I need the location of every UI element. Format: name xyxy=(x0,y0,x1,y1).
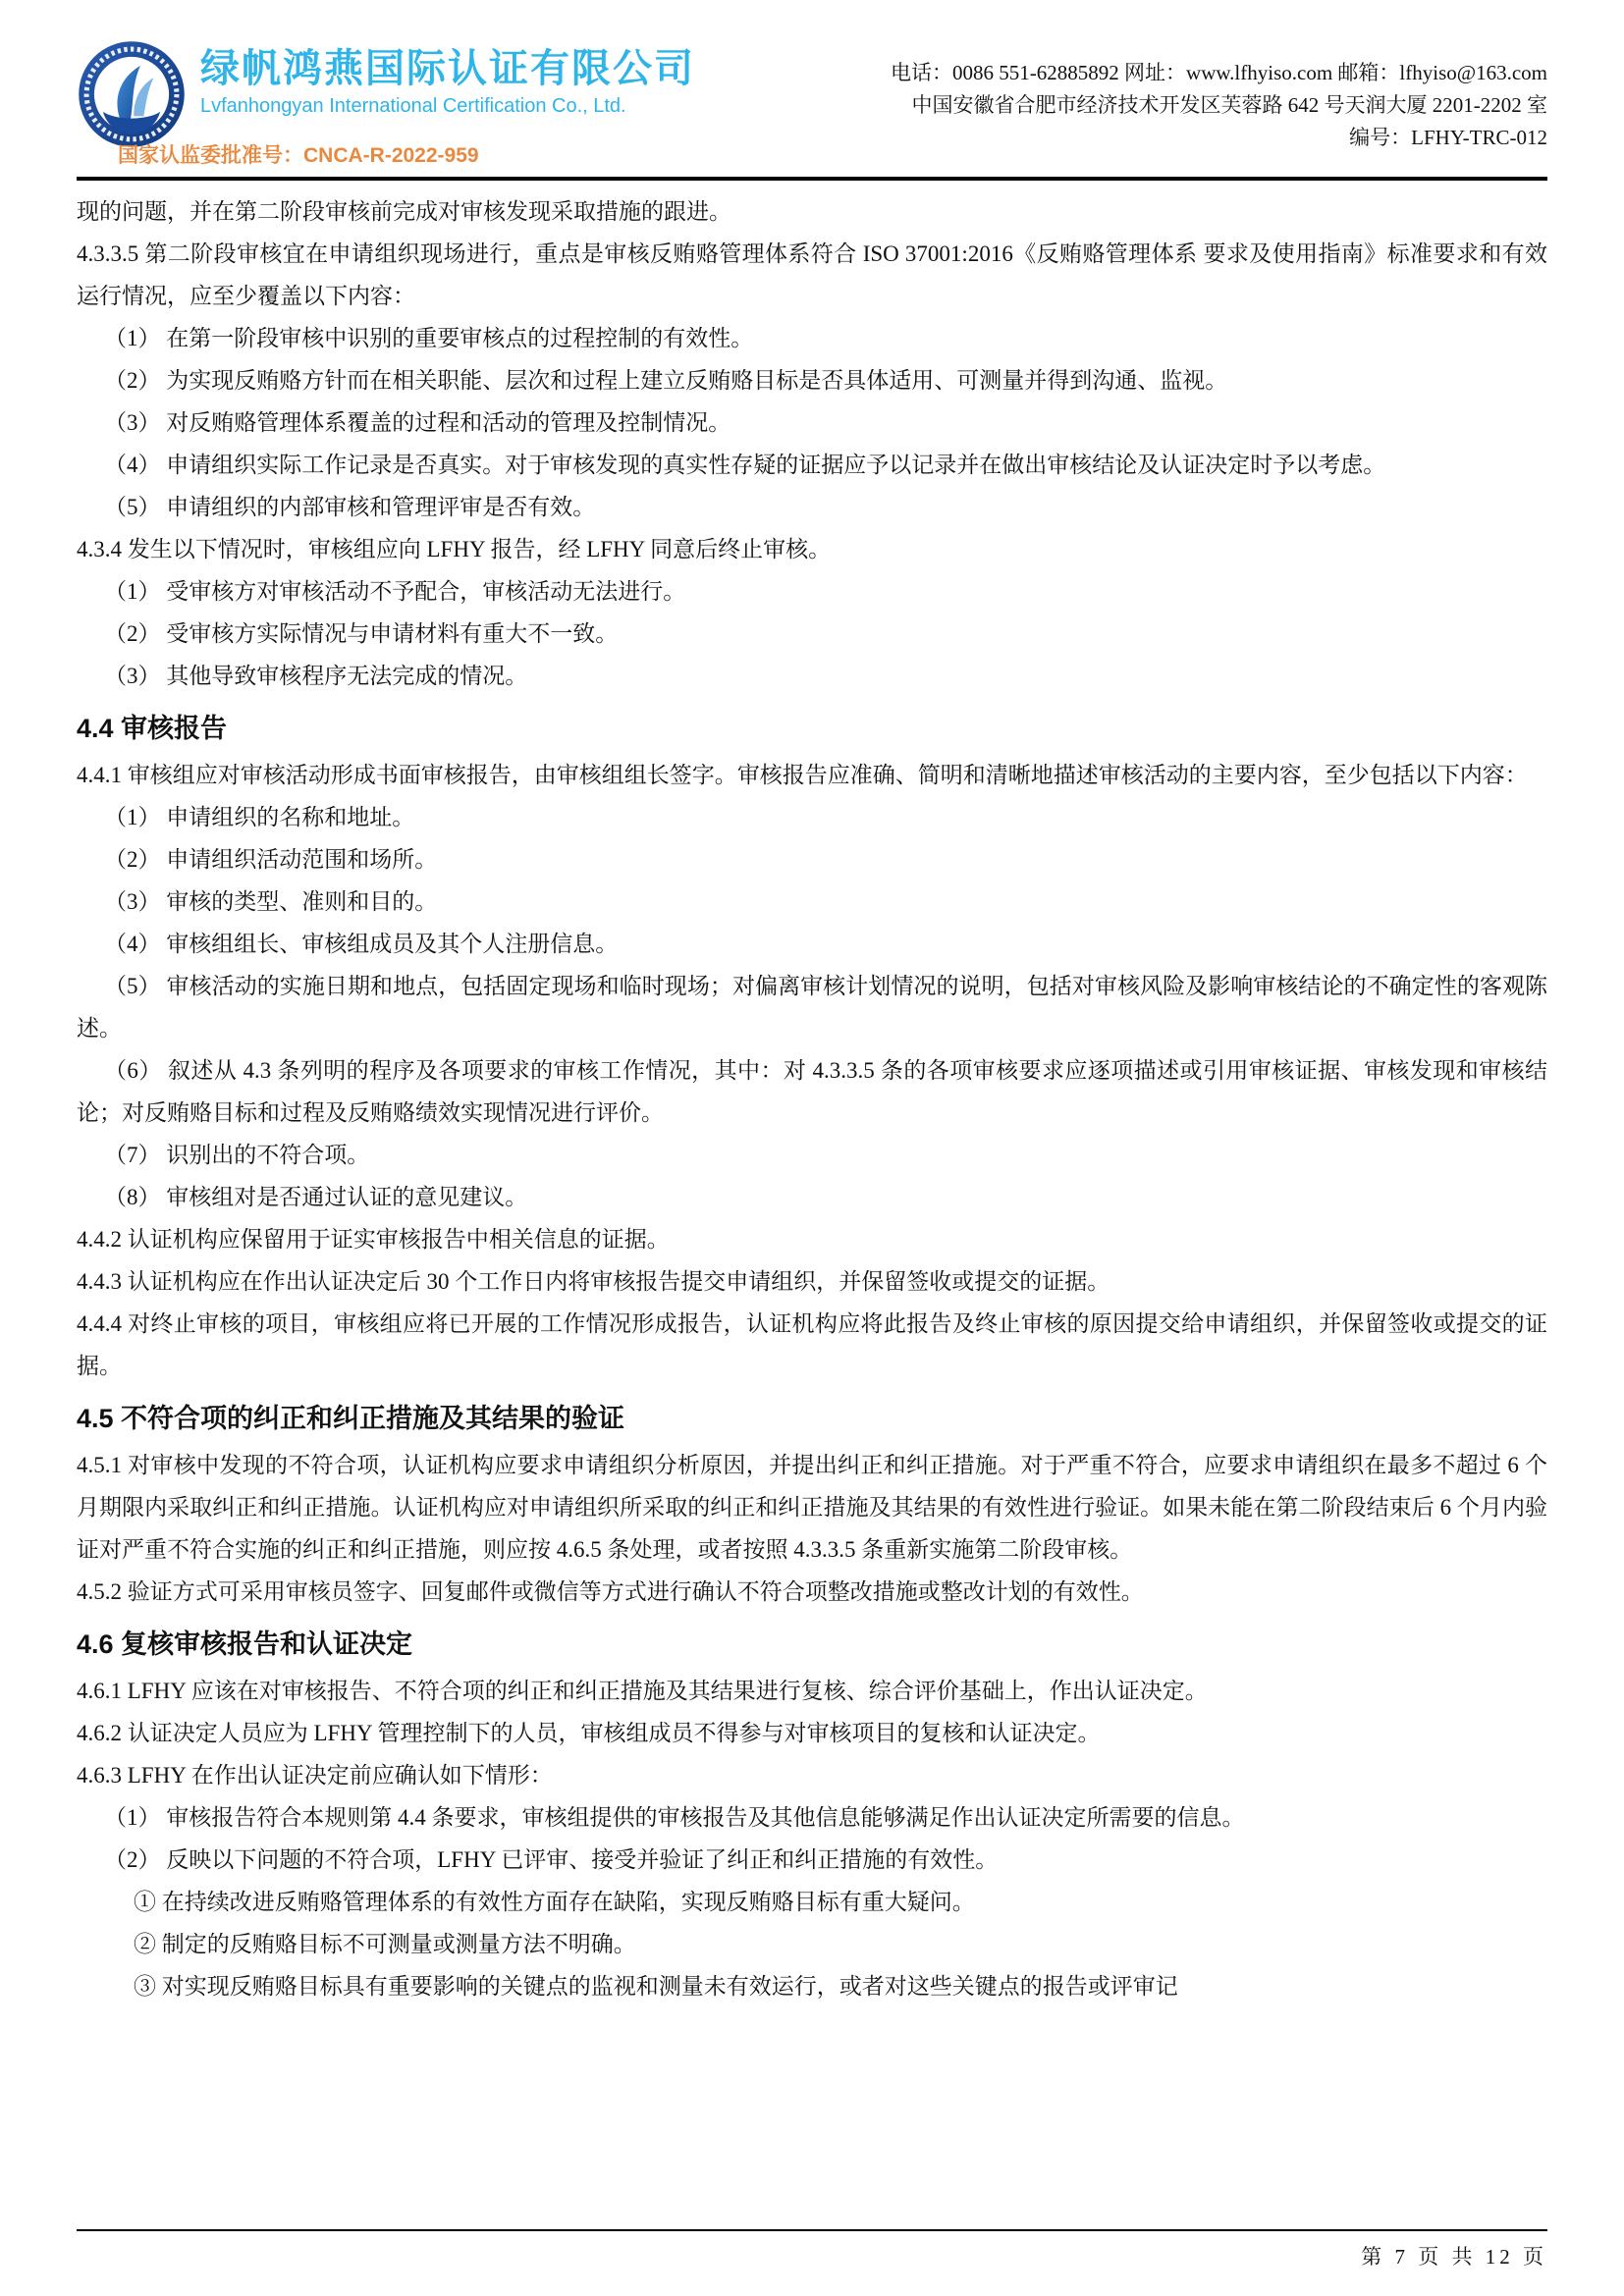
paragraph: 4.3.3.5 第二阶段审核宜在申请组织现场进行，重点是审核反贿赂管理体系符合 … xyxy=(77,233,1547,317)
paragraph: （5） 审核活动的实施日期和地点，包括固定现场和临时现场；对偏离审核计划情况的说… xyxy=(77,965,1547,1049)
paragraph: 4.4.3 认证机构应在作出认证决定后 30 个工作日内将审核报告提交申请组织，… xyxy=(77,1260,1547,1303)
document-body: 现的问题，并在第二阶段审核前完成对审核发现采取措施的跟进。4.3.3.5 第二阶… xyxy=(77,190,1547,2007)
paragraph: （3） 其他导致审核程序无法完成的情况。 xyxy=(77,655,1547,697)
paragraph: （7） 识别出的不符合项。 xyxy=(77,1134,1547,1176)
paragraph: （1） 申请组织的名称和地址。 xyxy=(77,796,1547,838)
page-footer: 第 7 页 共 12 页 xyxy=(77,2229,1547,2270)
paragraph: 4.5.1 对审核中发现的不符合项，认证机构应要求申请组织分析原因，并提出纠正和… xyxy=(77,1444,1547,1571)
section-heading: 4.6 复核审核报告和认证决定 xyxy=(77,1621,1547,1668)
paragraph: 4.4.2 认证机构应保留用于证实审核报告中相关信息的证据。 xyxy=(77,1218,1547,1260)
paragraph: 现的问题，并在第二阶段审核前完成对审核发现采取措施的跟进。 xyxy=(77,190,1547,233)
paragraph: ① 在持续改进反贿赂管理体系的有效性方面存在缺陷，实现反贿赂目标有重大疑问。 xyxy=(77,1881,1547,1923)
letterhead: 绿帆鸿燕国际认证有限公司 Lvfanhongyan International … xyxy=(77,39,1547,171)
page-number: 第 7 页 共 12 页 xyxy=(1361,2245,1547,2269)
paragraph: 4.4.4 对终止审核的项目，审核组应将已开展的工作情况形成报告，认证机构应将此… xyxy=(77,1303,1547,1387)
paragraph: （3） 审核的类型、准则和目的。 xyxy=(77,881,1547,923)
paragraph: 4.4.1 审核组应对审核活动形成书面审核报告，由审核组组长签字。审核报告应准确… xyxy=(77,754,1547,796)
document-page: 绿帆鸿燕国际认证有限公司 Lvfanhongyan International … xyxy=(0,0,1624,2296)
letterhead-contact: 电话：0086 551-62885892 网址：www.lfhyiso.com … xyxy=(891,39,1547,154)
approval-number: 国家认监委批准号：CNCA-R-2022-959 xyxy=(77,141,695,171)
paragraph: （8） 审核组对是否通过认证的意见建议。 xyxy=(77,1176,1547,1218)
paragraph: 4.6.3 LFHY 在作出认证决定前应确认如下情形： xyxy=(77,1754,1547,1796)
paragraph: （2） 为实现反贿赂方针而在相关职能、层次和过程上建立反贿赂目标是否具体适用、可… xyxy=(77,359,1547,401)
doc-number: 编号：LFHY-TRC-012 xyxy=(891,122,1547,154)
paragraph: ② 制定的反贿赂目标不可测量或测量方法不明确。 xyxy=(77,1923,1547,1965)
paragraph: 4.3.4 发生以下情况时，审核组应向 LFHY 报告，经 LFHY 同意后终止… xyxy=(77,528,1547,570)
paragraph: （4） 审核组组长、审核组成员及其个人注册信息。 xyxy=(77,923,1547,965)
paragraph: （2） 申请组织活动范围和场所。 xyxy=(77,838,1547,881)
paragraph: 4.6.1 LFHY 应该在对审核报告、不符合项的纠正和纠正措施及其结果进行复核… xyxy=(77,1670,1547,1712)
paragraph: （5） 申请组织的内部审核和管理评审是否有效。 xyxy=(77,486,1547,528)
company-name-zh: 绿帆鸿燕国际认证有限公司 xyxy=(200,45,695,92)
company-logo-icon xyxy=(77,39,187,149)
company-name-en: Lvfanhongyan International Certification… xyxy=(200,92,695,120)
paragraph: （2） 受审核方实际情况与申请材料有重大不一致。 xyxy=(77,613,1547,655)
paragraph: （2） 反映以下问题的不符合项，LFHY 已评审、接受并验证了纠正和纠正措施的有… xyxy=(77,1839,1547,1881)
paragraph: （1） 在第一阶段审核中识别的重要审核点的过程控制的有效性。 xyxy=(77,317,1547,359)
address-line: 中国安徽省合肥市经济技术开发区芙蓉路 642 号天润大厦 2201-2202 室 xyxy=(891,89,1547,122)
paragraph: 4.5.2 验证方式可采用审核员签字、回复邮件或微信等方式进行确认不符合项整改措… xyxy=(77,1571,1547,1613)
paragraph: （4） 申请组织实际工作记录是否真实。对于审核发现的真实性存疑的证据应予以记录并… xyxy=(77,444,1547,486)
paragraph: （3） 对反贿赂管理体系覆盖的过程和活动的管理及控制情况。 xyxy=(77,401,1547,444)
letterhead-brand: 绿帆鸿燕国际认证有限公司 Lvfanhongyan International … xyxy=(77,39,695,171)
section-heading: 4.4 审核报告 xyxy=(77,705,1547,752)
paragraph: （6） 叙述从 4.3 条列明的程序及各项要求的审核工作情况，其中：对 4.3.… xyxy=(77,1049,1547,1134)
header-divider xyxy=(77,177,1547,181)
paragraph: （1） 受审核方对审核活动不予配合，审核活动无法进行。 xyxy=(77,570,1547,613)
section-heading: 4.5 不符合项的纠正和纠正措施及其结果的验证 xyxy=(77,1395,1547,1442)
contact-line: 电话：0086 551-62885892 网址：www.lfhyiso.com … xyxy=(891,57,1547,89)
paragraph: ③ 对实现反贿赂目标具有重要影响的关键点的监视和测量未有效运行，或者对这些关键点… xyxy=(77,1965,1547,2007)
paragraph: 4.6.2 认证决定人员应为 LFHY 管理控制下的人员，审核组成员不得参与对审… xyxy=(77,1712,1547,1754)
paragraph: （1） 审核报告符合本规则第 4.4 条要求，审核组提供的审核报告及其他信息能够… xyxy=(77,1796,1547,1839)
